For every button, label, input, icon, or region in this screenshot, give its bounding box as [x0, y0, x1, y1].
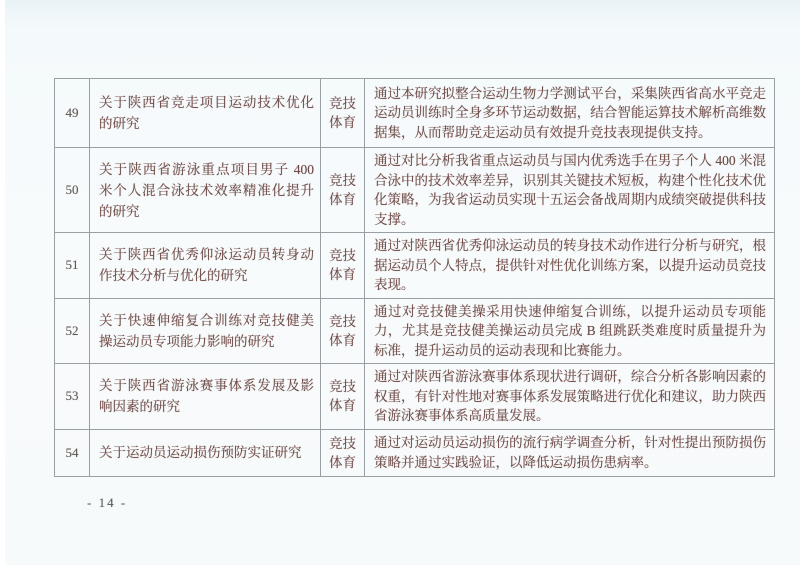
project-title: 关于运动员运动损伤预防实证研究	[90, 429, 321, 476]
scan-edge-strip	[0, 0, 5, 565]
project-description: 通过本研究拟整合运动生物力学测试平台，采集陕西省高水平竞走运动员训练时全身多环节…	[365, 79, 775, 148]
table-row: 51 关于陕西省优秀仰泳运动员转身动作技术分析与优化的研究 竞技体育 通过对陕西…	[55, 233, 775, 299]
project-title: 关于快速伸缩复合训练对竞技健美操运动员专项能力影响的研究	[90, 298, 321, 364]
project-description: 通过对比分析我省重点运动员与国内优秀选手在男子个人 400 米混合泳中的技术效率…	[365, 148, 775, 233]
row-number: 49	[55, 79, 90, 148]
project-title: 关于陕西省优秀仰泳运动员转身动作技术分析与优化的研究	[90, 233, 321, 299]
table-row: 49 关于陕西省竞走项目运动技术优化的研究 竞技体育 通过本研究拟整合运动生物力…	[55, 79, 775, 148]
row-number: 51	[55, 233, 90, 299]
table-row: 53 关于陕西省游泳赛事体系发展及影响因素的研究 竞技体育 通过对陕西省游泳赛事…	[55, 364, 775, 430]
project-title: 关于陕西省游泳赛事体系发展及影响因素的研究	[90, 364, 321, 430]
page-number: - 14 -	[87, 495, 127, 511]
project-category: 竞技体育	[321, 429, 365, 476]
row-number: 54	[55, 429, 90, 476]
project-title: 关于陕西省竞走项目运动技术优化的研究	[90, 79, 321, 148]
project-category: 竞技体育	[321, 364, 365, 430]
projects-table: 49 关于陕西省竞走项目运动技术优化的研究 竞技体育 通过本研究拟整合运动生物力…	[54, 78, 775, 477]
project-title: 关于陕西省游泳重点项目男子 400 米个人混合泳技术效率精准化提升的研究	[90, 148, 321, 233]
projects-table-body: 49 关于陕西省竞走项目运动技术优化的研究 竞技体育 通过本研究拟整合运动生物力…	[55, 79, 775, 477]
table-row: 50 关于陕西省游泳重点项目男子 400 米个人混合泳技术效率精准化提升的研究 …	[55, 148, 775, 233]
row-number: 52	[55, 298, 90, 364]
project-category: 竞技体育	[321, 148, 365, 233]
project-category: 竞技体育	[321, 79, 365, 148]
project-category: 竞技体育	[321, 233, 365, 299]
project-description: 通过对运动员运动损伤的流行病学调查分析，针对性提出预防损伤策略并通过实践验证，以…	[365, 429, 775, 476]
project-description: 通过对竞技健美操采用快速伸缩复合训练，以提升运动员专项能力，尤其是竞技健美操运动…	[365, 298, 775, 364]
project-description: 通过对陕西省优秀仰泳运动员的转身技术动作进行分析与研究，根据运动员个人特点，提供…	[365, 233, 775, 299]
table-row: 52 关于快速伸缩复合训练对竞技健美操运动员专项能力影响的研究 竞技体育 通过对…	[55, 298, 775, 364]
project-description: 通过对陕西省游泳赛事体系现状进行调研，综合分析各影响因素的权重，有针对性地对赛事…	[365, 364, 775, 430]
project-category: 竞技体育	[321, 298, 365, 364]
row-number: 53	[55, 364, 90, 430]
scanned-document-page: 49 关于陕西省竞走项目运动技术优化的研究 竞技体育 通过本研究拟整合运动生物力…	[0, 0, 800, 565]
row-number: 50	[55, 148, 90, 233]
table-row: 54 关于运动员运动损伤预防实证研究 竞技体育 通过对运动员运动损伤的流行病学调…	[55, 429, 775, 476]
